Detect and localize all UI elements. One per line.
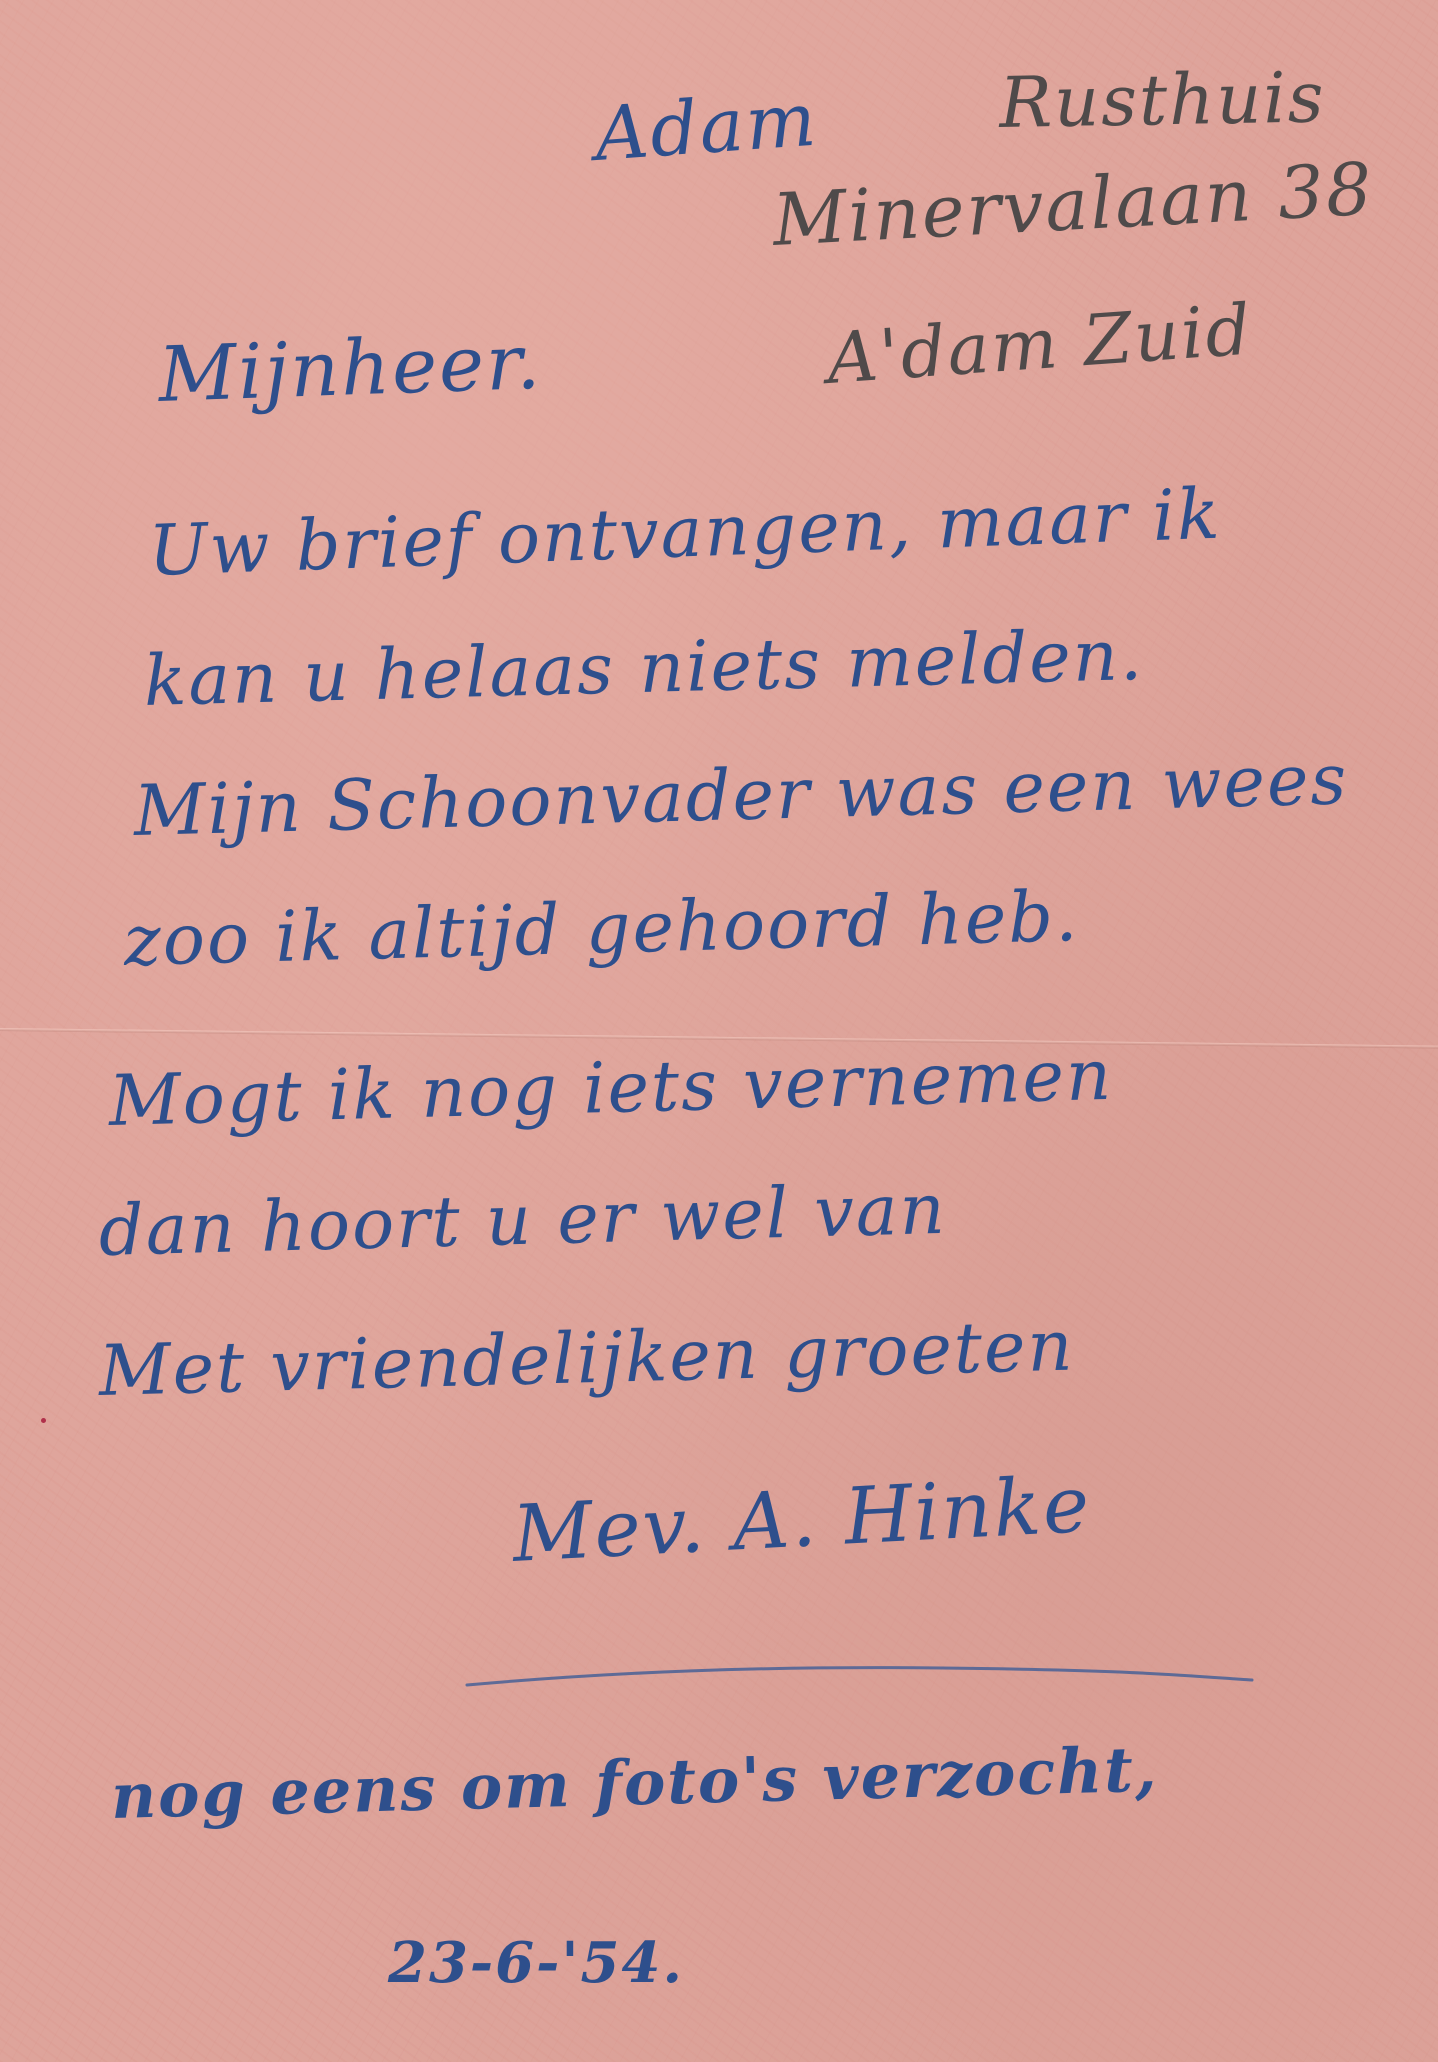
annotation-date: 23-6-'54. bbox=[388, 1930, 684, 1996]
ink-spot bbox=[41, 1418, 46, 1423]
header-adam: Adam bbox=[592, 77, 821, 178]
salutation: Mijnheer. bbox=[157, 317, 544, 419]
signature-underline bbox=[462, 1660, 1262, 1690]
header-rusthuis: Rusthuis bbox=[999, 56, 1327, 144]
